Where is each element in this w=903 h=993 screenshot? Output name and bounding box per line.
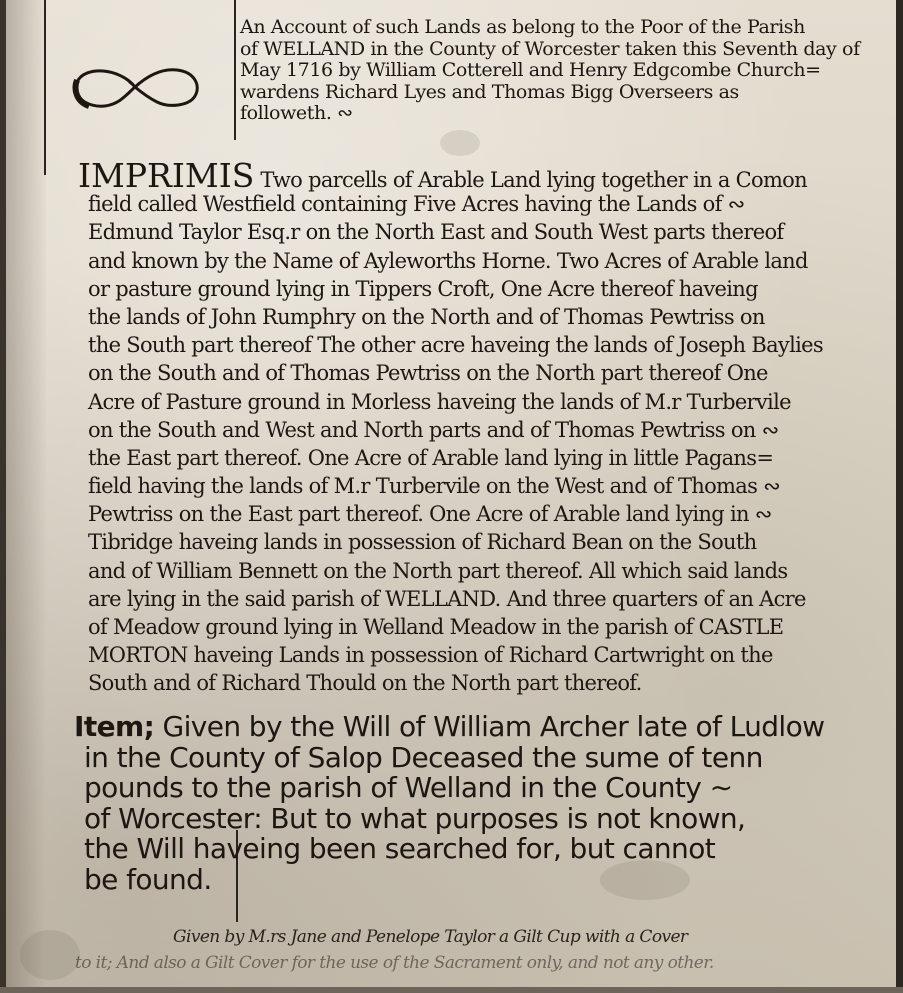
heading-line: An Account of such Lands as belong to th… bbox=[240, 17, 890, 39]
body-line: and of William Bennett on the North part… bbox=[78, 557, 898, 585]
footer-line: Given by M.rs Jane and Penelope Taylor a… bbox=[75, 924, 901, 950]
body-line: Pewtriss on the East part thereof. One A… bbox=[78, 500, 898, 528]
body-line: on the South and of Thomas Pewtriss on t… bbox=[78, 359, 898, 387]
stain bbox=[20, 930, 80, 980]
item-line: Given by the Will of William Archer late… bbox=[162, 710, 824, 743]
body-line: and known by the Name of Ayleworths Horn… bbox=[78, 247, 898, 275]
left-margin-band bbox=[6, 0, 46, 993]
item-line: be found. bbox=[74, 865, 900, 896]
infinity-ornament-icon bbox=[65, 60, 210, 115]
footer-gift-note: Given by M.rs Jane and Penelope Taylor a… bbox=[75, 924, 901, 976]
body-line: Two parcells of Arable Land lying togeth… bbox=[260, 168, 807, 192]
body-line: field having the lands of M.r Turbervile… bbox=[78, 472, 898, 500]
item-line: in the County of Salop Deceased the sume… bbox=[74, 743, 900, 774]
body-line: field called Westfield containing Five A… bbox=[78, 190, 898, 218]
item-section: Item; Given by the Will of William Arche… bbox=[74, 712, 900, 895]
item-label: Item; bbox=[74, 710, 154, 743]
body-line: are lying in the said parish of WELLAND.… bbox=[78, 585, 898, 613]
footer-line: to it; And also a Gilt Cover for the use… bbox=[75, 950, 901, 976]
body-line: on the South and West and North parts an… bbox=[78, 416, 898, 444]
stain bbox=[440, 130, 480, 156]
frame-left-edge bbox=[0, 0, 6, 993]
frame-bottom-edge bbox=[0, 987, 903, 993]
item-line: of Worcester: But to what purposes is no… bbox=[74, 804, 900, 835]
body-line: Edmund Taylor Esq.r on the North East an… bbox=[78, 218, 898, 246]
body-line: South and of Richard Thould on the North… bbox=[78, 669, 898, 697]
document-heading: An Account of such Lands as belong to th… bbox=[240, 17, 890, 125]
imprimis-section: IMPRIMIS Two parcells of Arable Land lyi… bbox=[78, 162, 898, 698]
body-line: Tibridge haveing lands in possession of … bbox=[78, 528, 898, 556]
heading-line: of WELLAND in the County of Worcester ta… bbox=[240, 39, 890, 61]
charity-board: An Account of such Lands as belong to th… bbox=[0, 0, 903, 993]
vertical-rule-left bbox=[44, 0, 46, 175]
body-line: the South part thereof The other acre ha… bbox=[78, 331, 898, 359]
body-line: Acre of Pasture ground in Morless havein… bbox=[78, 388, 898, 416]
heading-line: followeth. ∾ bbox=[240, 103, 890, 125]
body-line: or pasture ground lying in Tippers Croft… bbox=[78, 275, 898, 303]
vertical-rule-heading bbox=[234, 0, 236, 140]
heading-line: May 1716 by William Cotterell and Henry … bbox=[240, 60, 890, 82]
body-line: of Meadow ground lying in Welland Meadow… bbox=[78, 613, 898, 641]
body-line: the East part thereof. One Acre of Arabl… bbox=[78, 444, 898, 472]
heading-line: wardens Richard Lyes and Thomas Bigg Ove… bbox=[240, 82, 890, 104]
item-line: the Will haveing been searched for, but … bbox=[74, 834, 900, 865]
body-line: MORTON haveing Lands in possession of Ri… bbox=[78, 641, 898, 669]
imprimis-label: IMPRIMIS bbox=[78, 156, 254, 195]
body-line: the lands of John Rumphry on the North a… bbox=[78, 303, 898, 331]
item-line: pounds to the parish of Welland in the C… bbox=[74, 773, 900, 804]
